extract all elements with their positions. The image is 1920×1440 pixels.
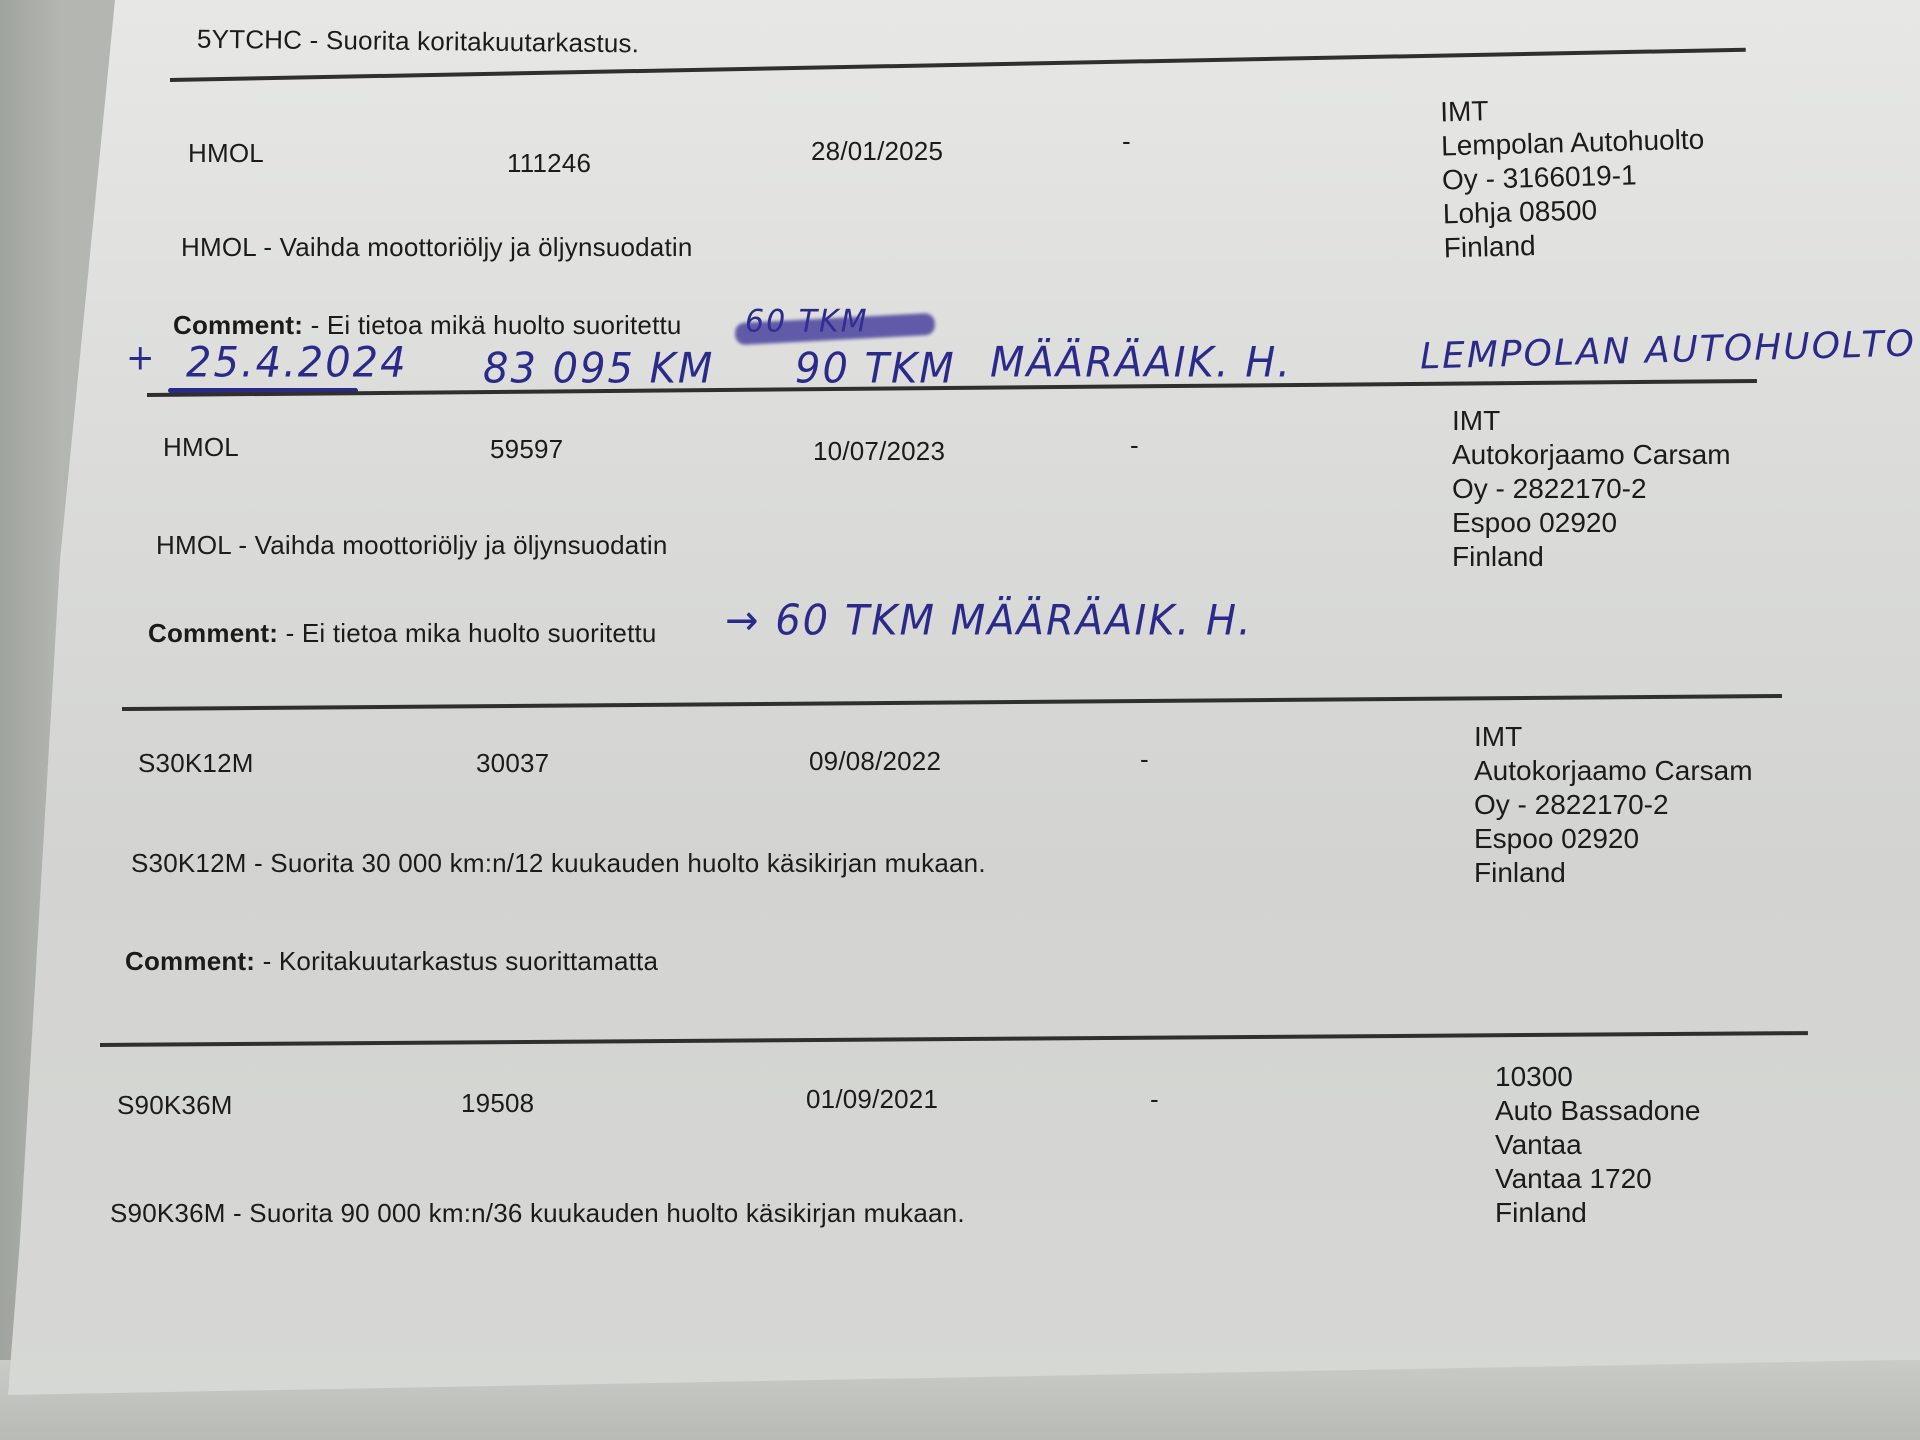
extra-field: - xyxy=(1122,126,1131,157)
handwritten-note: → 60 TKM MÄÄRÄAIK. H. xyxy=(725,597,1253,645)
service-description: S30K12M - Suorita 30 000 km:n/12 kuukaud… xyxy=(131,848,986,879)
mileage: 111246 xyxy=(507,148,591,179)
service-description: S90K36M - Suorita 90 000 km:n/36 kuukaud… xyxy=(110,1198,965,1229)
mileage: 30037 xyxy=(476,748,549,779)
divider xyxy=(122,694,1782,711)
handwritten-km: 83 095 KM xyxy=(483,345,714,393)
handwritten-note: MÄÄRÄAIK. H. xyxy=(990,339,1292,387)
service-code: S90K36M xyxy=(117,1090,233,1121)
workshop-address: IMT Autokorjaamo Carsam Oy - 2822170-2 E… xyxy=(1474,720,1753,890)
divider xyxy=(100,1031,1808,1047)
service-date: 10/07/2023 xyxy=(813,436,945,467)
service-description: HMOL - Vaihda moottoriöljy ja öljynsuoda… xyxy=(156,530,668,561)
comment-text: - Ei tietoa mika huolto suoritettu xyxy=(286,618,657,648)
service-date: 09/08/2022 xyxy=(809,746,941,777)
comment-text: - Ei tietoa mikä huolto suoritettu xyxy=(311,310,682,340)
mileage: 59597 xyxy=(490,434,563,465)
service-description: HMOL - Vaihda moottoriöljy ja öljynsuoda… xyxy=(181,232,693,263)
mileage: 19508 xyxy=(461,1088,534,1119)
handwritten-shop: LEMPOLAN AUTOHUOLTO xyxy=(1420,324,1917,378)
handwritten-date: 25.4.2024 xyxy=(186,339,408,387)
service-code: HMOL xyxy=(188,138,264,169)
extra-field: - xyxy=(1130,430,1139,461)
extra-field: - xyxy=(1150,1084,1159,1115)
comment-label: Comment: xyxy=(173,310,303,340)
comment-label: Comment: xyxy=(125,946,255,976)
service-date: 28/01/2025 xyxy=(811,136,943,167)
comment-text: - Koritakuutarkastus suorittamatta xyxy=(263,946,659,976)
comment-label: Comment: xyxy=(148,618,278,648)
service-code: S30K12M xyxy=(138,748,254,779)
extra-field: - xyxy=(1140,744,1149,775)
workshop-address: 10300 Auto Bassadone Vantaa Vantaa 1720 … xyxy=(1495,1060,1701,1230)
service-code: HMOL xyxy=(163,432,239,463)
workshop-address: IMT Autokorjaamo Carsam Oy - 2822170-2 E… xyxy=(1452,404,1731,574)
header-line: 5YTCHC - Suorita koritakuutarkastus. xyxy=(197,24,639,60)
workshop-address: IMT Lempolan Autohuolto Oy - 3166019-1 L… xyxy=(1440,89,1707,266)
service-date: 01/09/2021 xyxy=(806,1084,938,1115)
handwritten-plus: + xyxy=(126,337,157,379)
paper-sheet: 5YTCHC - Suorita koritakuutarkastus. HMO… xyxy=(0,0,1920,1440)
